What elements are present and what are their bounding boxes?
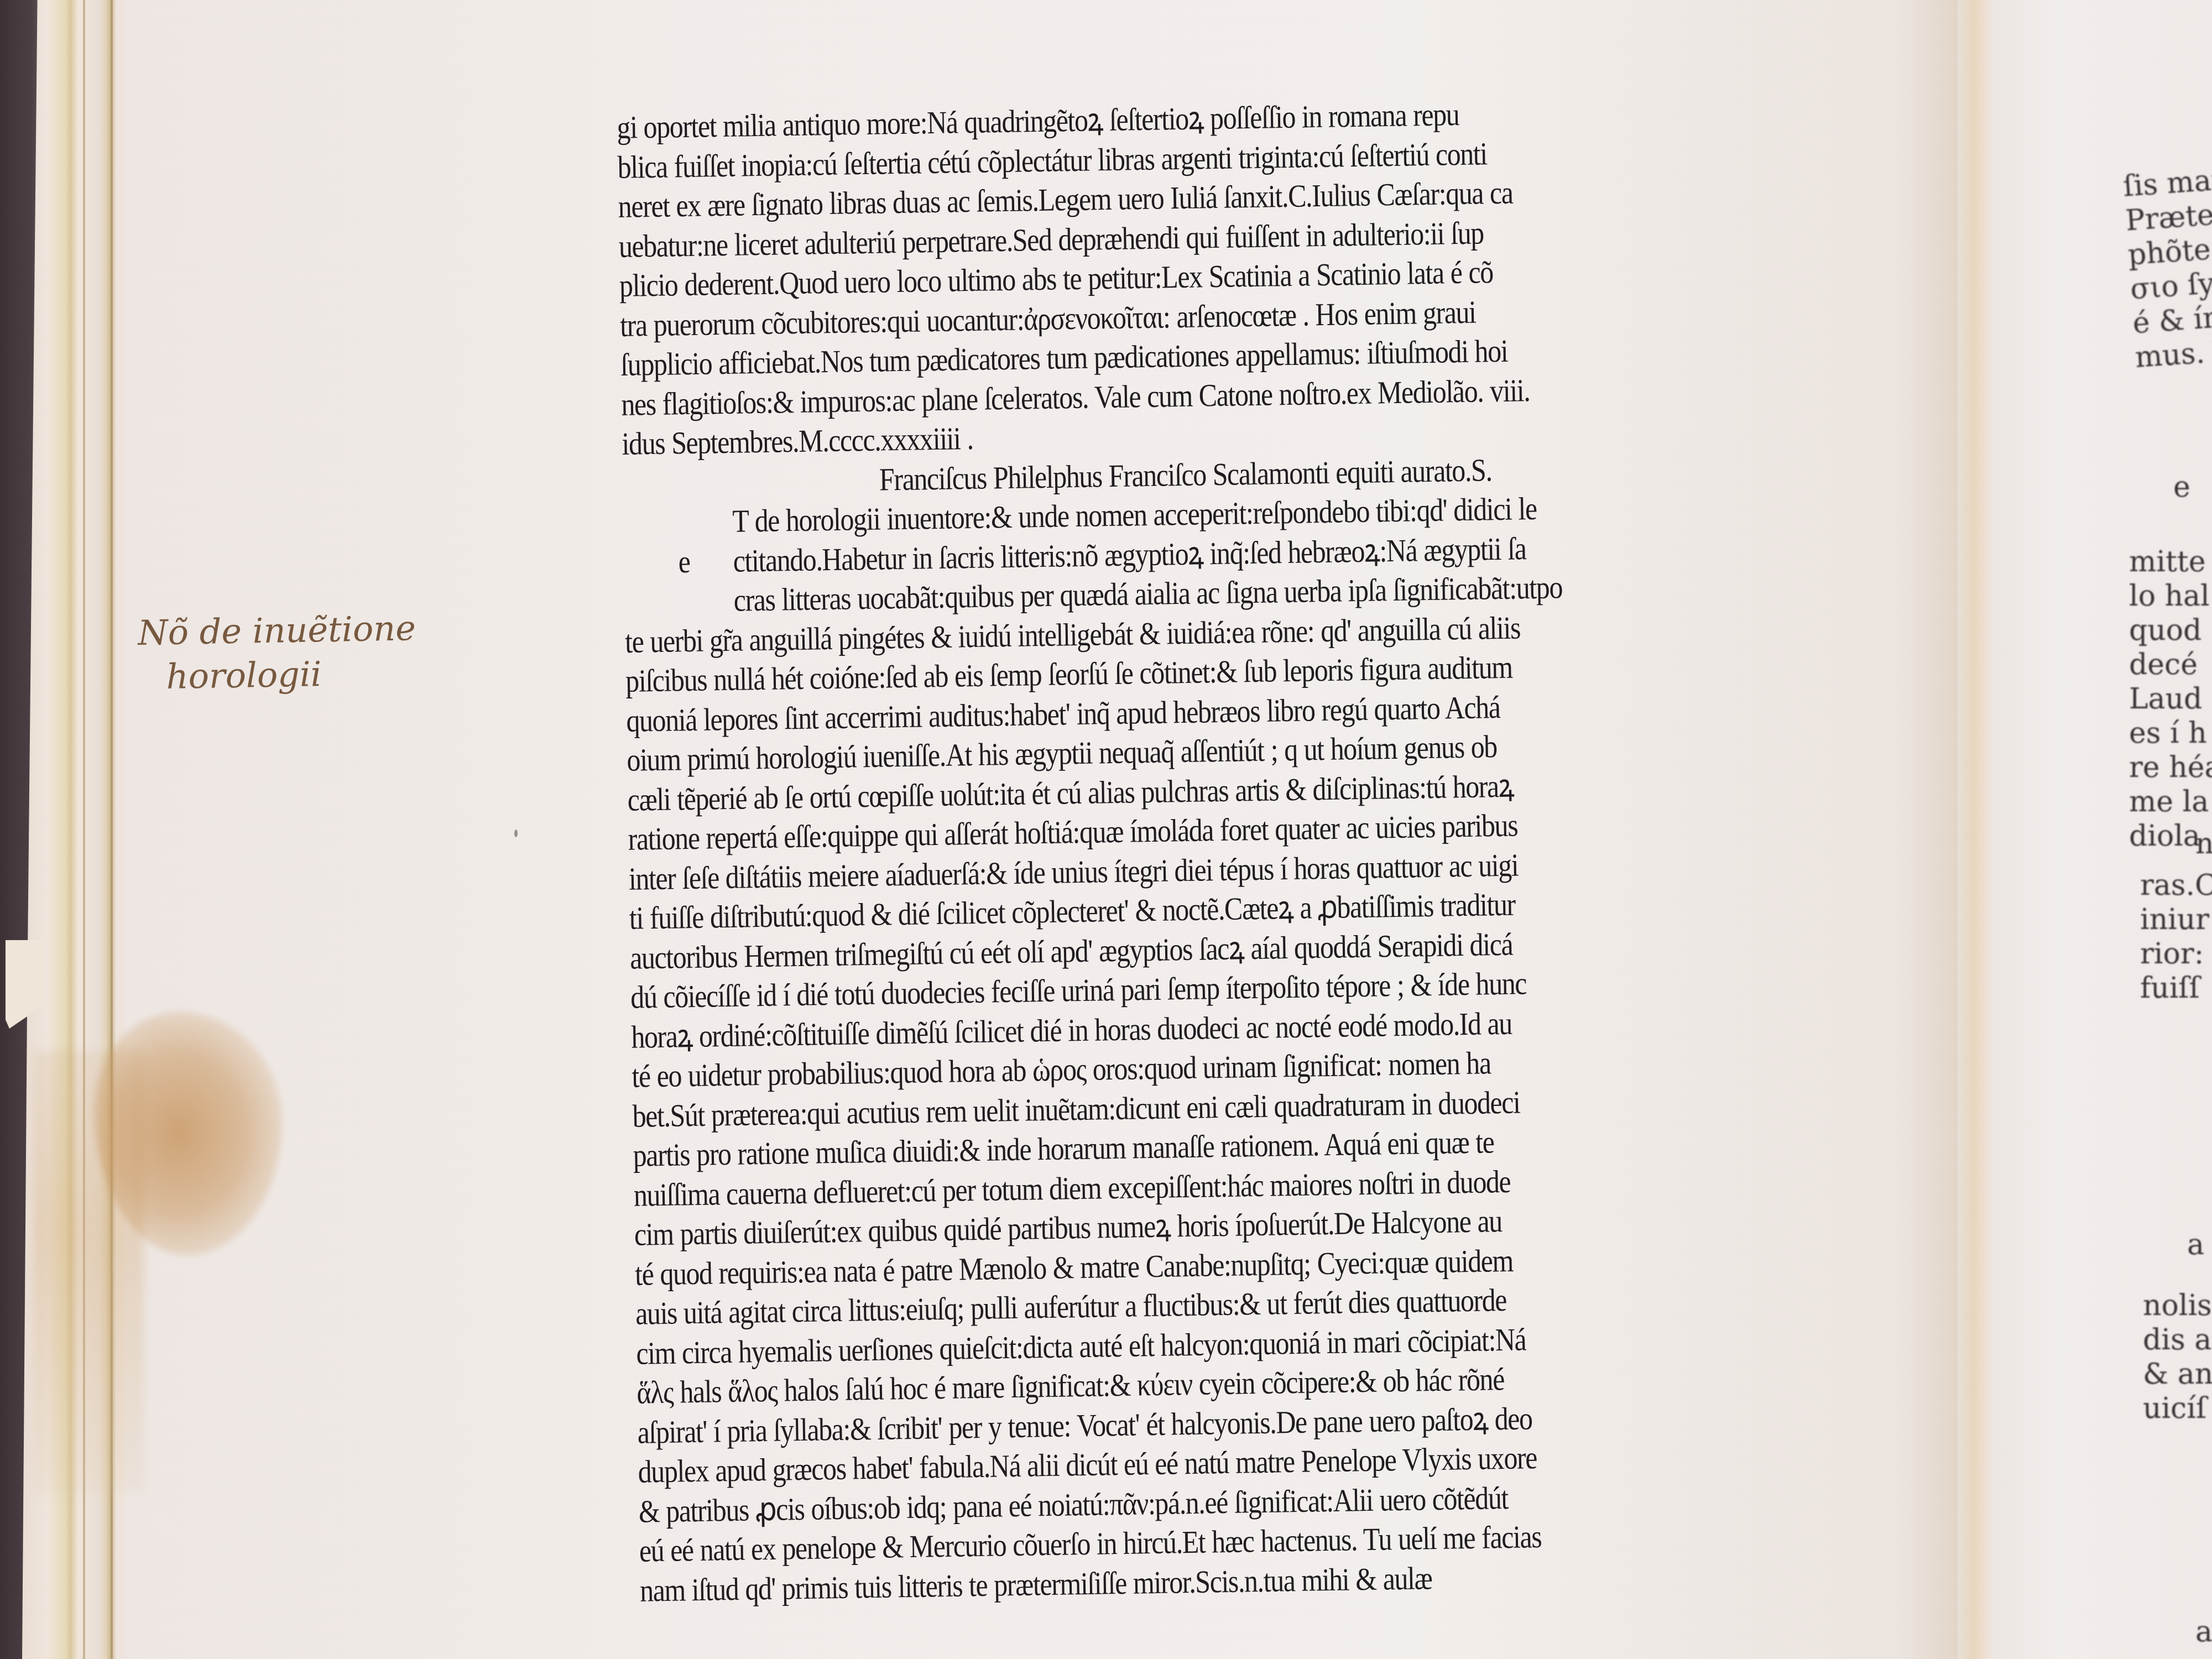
facing-line: rior:: [2140, 937, 2212, 971]
facing-guide-letter: e: [2173, 470, 2190, 504]
facing-guide-letter: a: [2187, 1228, 2204, 1262]
facing-text-top: ſis mai Præter phõte σιο ſy é & ín mus. …: [2122, 163, 2212, 375]
facing-line: re héa: [2129, 750, 2212, 785]
facing-line: decé: [2129, 648, 2212, 682]
facing-line: Præter: [2125, 197, 2212, 238]
facing-line: mus. V: [2134, 333, 2212, 375]
facing-line: σιο ſy: [2129, 265, 2212, 307]
facing-line: iniur: [2140, 902, 2212, 937]
facing-page: ſis mai Præter phõte σιο ſy é & ín mus. …: [1991, 0, 2212, 1659]
paper-speck: [514, 830, 518, 837]
facing-line: dis a: [2143, 1323, 2212, 1357]
facing-line: phõte: [2127, 231, 2212, 273]
facing-line: fuiſſ: [2140, 971, 2212, 1005]
facing-text-middle: mitte lo hal quod decé Laud es í h re hé…: [2129, 545, 2212, 853]
facing-line: ras.C: [2140, 868, 2212, 902]
marginal-annotation: Nõ de inuẽtione horologii: [138, 606, 449, 700]
book-photo-scene: ſis mai Præter phõte σιο ſy é & ín mus. …: [0, 0, 2212, 1659]
facing-line: uicíſ: [2143, 1391, 2212, 1426]
facing-line: me la: [2129, 785, 2212, 819]
facing-line: lo hal: [2129, 579, 2212, 613]
facing-guide-letter: a: [2195, 1615, 2212, 1649]
marginal-note-line: horologii: [138, 650, 448, 700]
facing-line: ſis mai: [2122, 163, 2212, 204]
facing-text-lower: ras.C iniur rior: fuiſſ: [2140, 868, 2212, 1005]
facing-line: Laud: [2129, 682, 2212, 716]
facing-line: quod: [2129, 613, 2212, 648]
printed-text-block: gi oportet milia antiquo more:Ná quadrin…: [617, 87, 1950, 1610]
facing-line: nolis: [2143, 1288, 2212, 1323]
facing-line: mitte: [2129, 545, 2212, 579]
facing-line: & an: [2143, 1357, 2212, 1391]
marginal-note-line: Nõ de inuẽtione: [138, 606, 448, 655]
facing-line: é & ín: [2132, 299, 2212, 341]
facing-guide-letter: n: [2195, 827, 2212, 861]
facing-line: es í h: [2129, 716, 2212, 750]
facing-text-bottom: nolis dis a & an uicíſ: [2143, 1288, 2212, 1426]
guide-letter: e: [678, 542, 690, 582]
